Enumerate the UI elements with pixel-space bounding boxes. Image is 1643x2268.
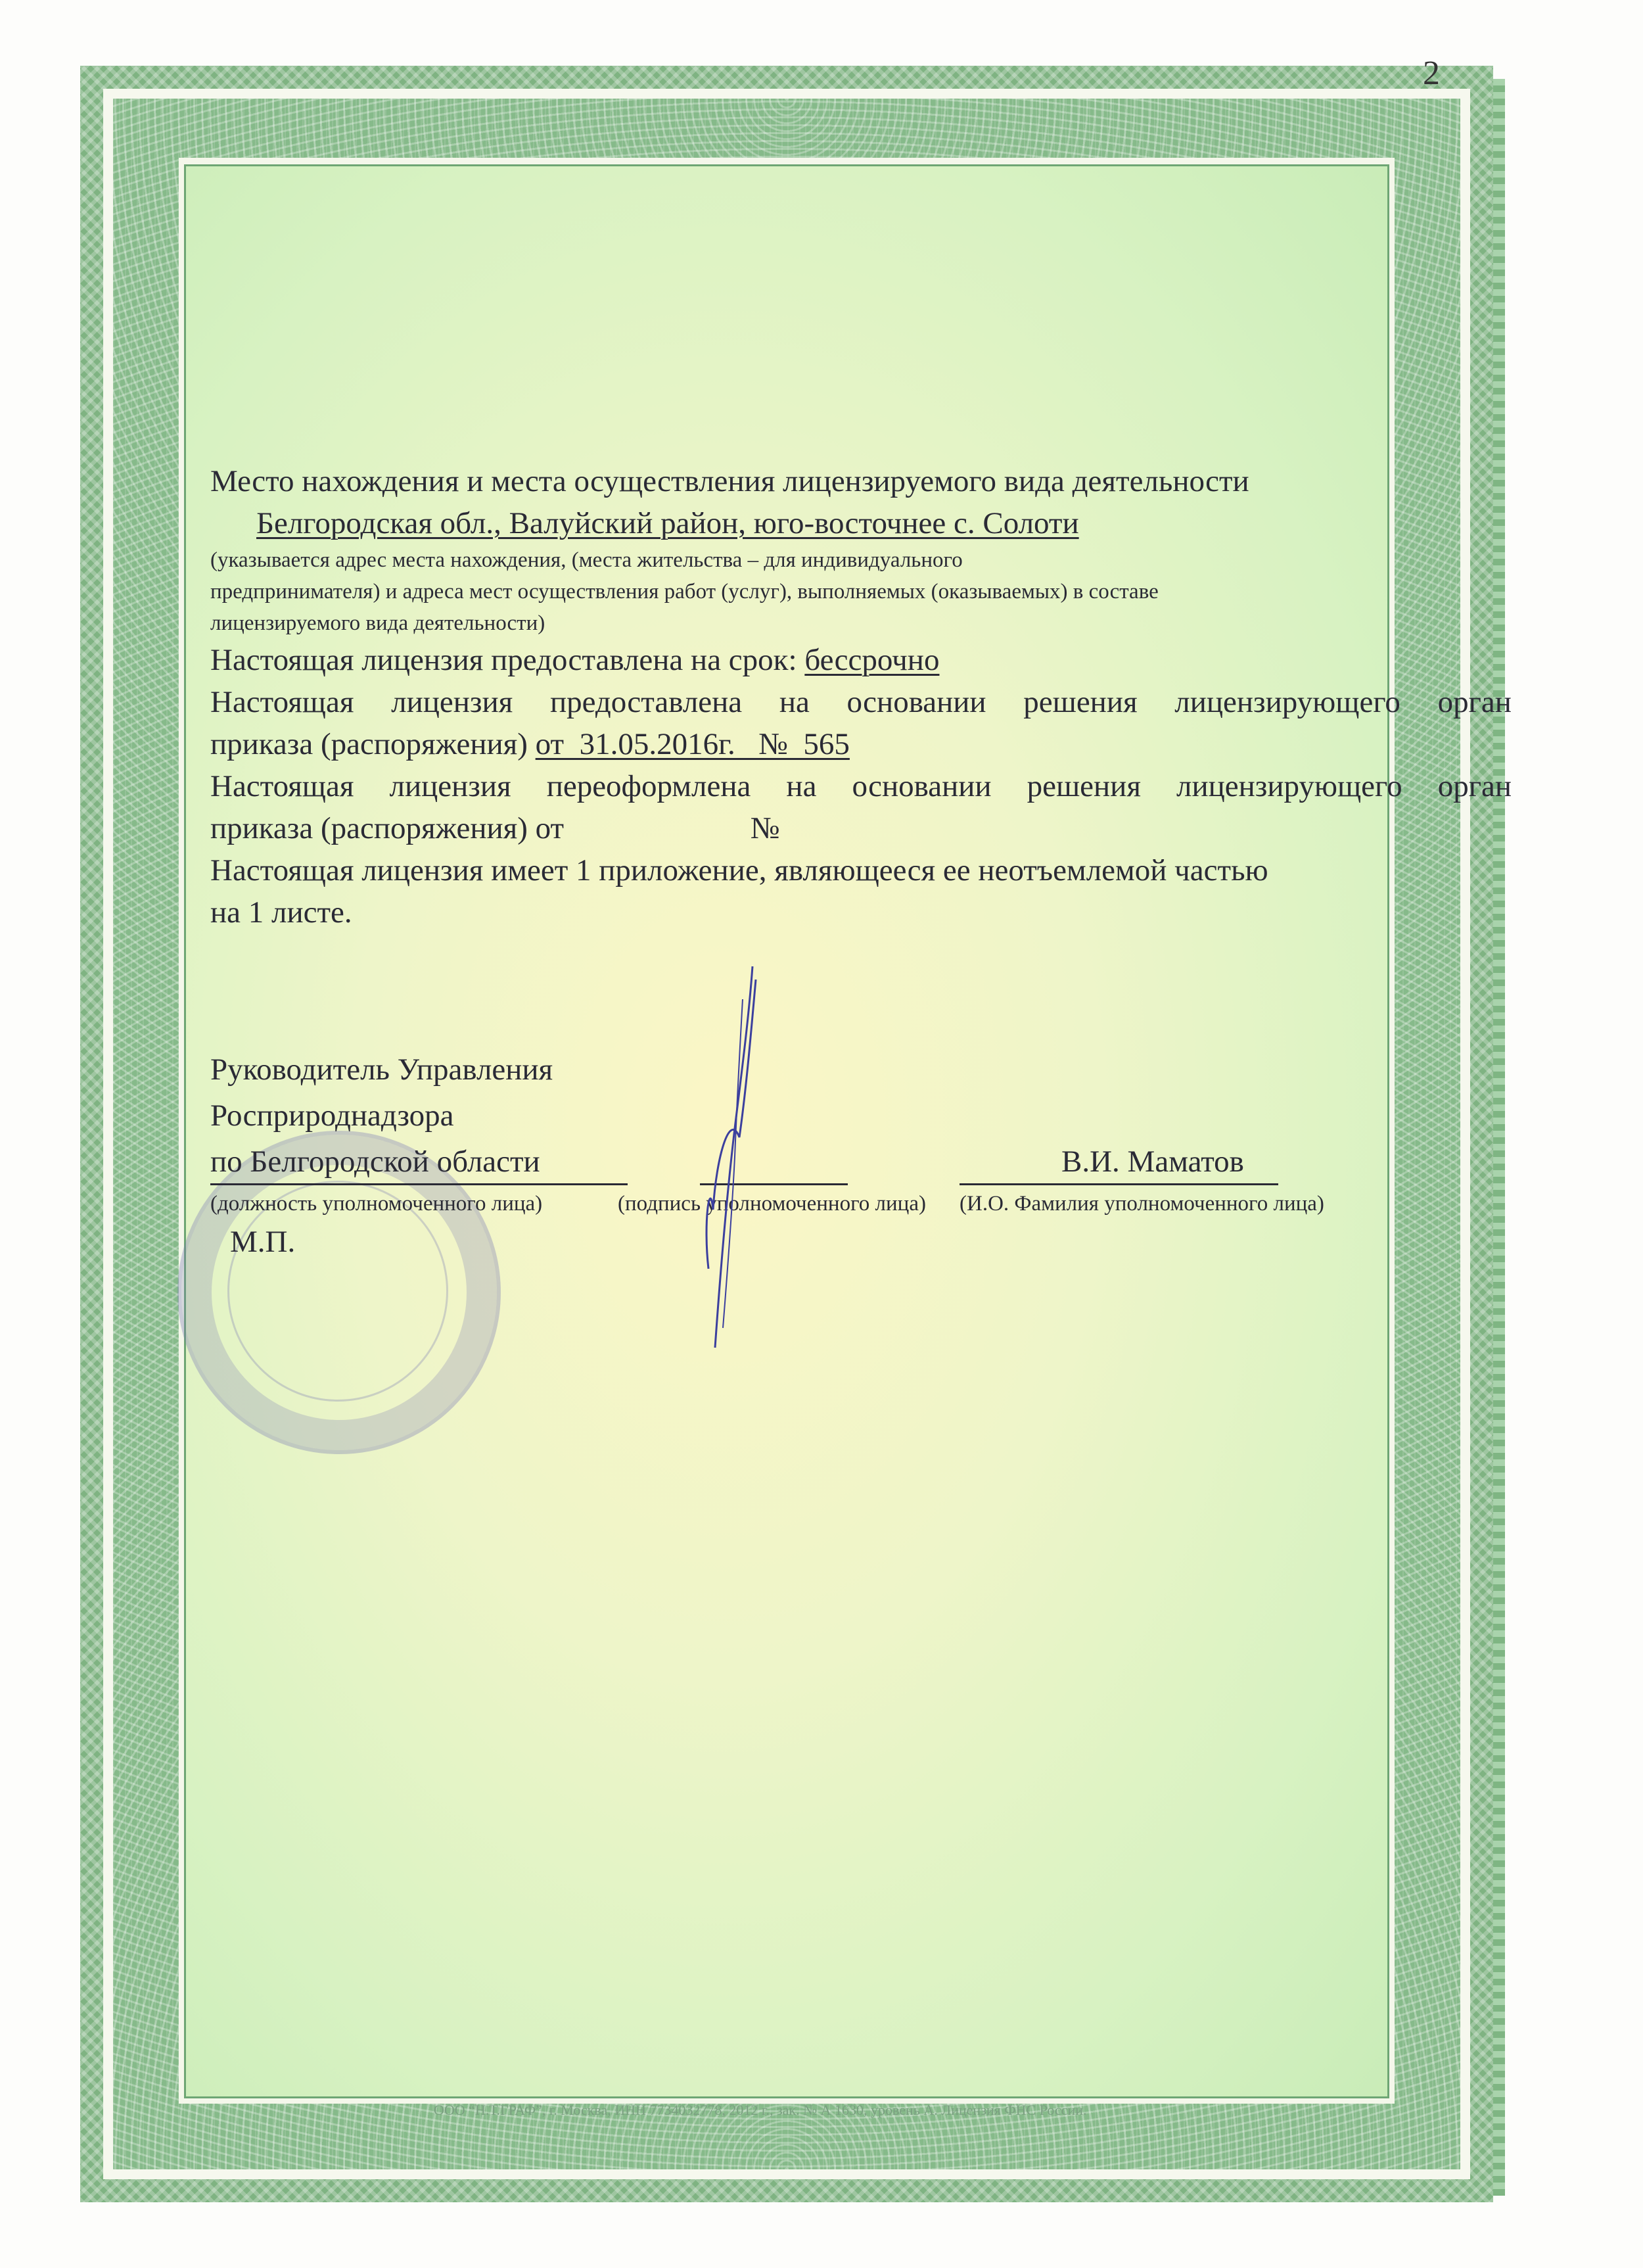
word: на (786, 765, 816, 807)
handwritten-signature (677, 960, 782, 1354)
location-note-1: (указывается адрес места нахождения, (ме… (210, 544, 1512, 576)
word: Настоящая (210, 765, 354, 807)
appendix-line-1: Настоящая лицензия имеет 1 приложение, я… (210, 849, 1512, 891)
granted-line: Настоящая лицензия предоставлена на осно… (210, 681, 1512, 723)
word: решения (1023, 681, 1137, 723)
word: решения (1027, 765, 1141, 807)
position-line-2: Росприроднадзора (210, 1095, 454, 1137)
word: лицензия (390, 765, 511, 807)
word: переоформлена (547, 765, 751, 807)
term-label: Настоящая лицензия предоставлена на срок… (210, 643, 797, 677)
word: основании (847, 681, 986, 723)
reissued-order-line: приказа (распоряжения) от № (210, 807, 1512, 849)
location-heading: Место нахождения и места осуществления л… (210, 460, 1512, 502)
caption-name: (И.О. Фамилия уполномоченного лица) (960, 1192, 1324, 1216)
name-underline (960, 1183, 1278, 1185)
reissued-order-label: приказа (распоряжения) от (210, 811, 564, 845)
location-note-3: лицензируемого вида деятельности) (210, 607, 1512, 639)
reissued-number-label: № (751, 811, 780, 845)
granted-order-value: от 31.05.2016г. № 565 (536, 727, 850, 761)
word: лицензия (391, 681, 513, 723)
word: орган (1438, 681, 1512, 723)
page-number: 2 (1423, 54, 1440, 93)
caption-position: (должность уполномоченного лица) (210, 1192, 542, 1216)
position-underline (210, 1183, 628, 1185)
term-line: Настоящая лицензия предоставлена на срок… (210, 639, 1512, 681)
location-value: Белгородская обл., Валуйский район, юго-… (256, 506, 1079, 540)
granted-order-line: приказа (распоряжения) от 31.05.2016г. №… (210, 723, 1512, 765)
word: лицензирующего (1176, 765, 1402, 807)
location-note-2: предпринимателя) и адреса мест осуществл… (210, 576, 1512, 607)
granted-order-label: приказа (распоряжения) (210, 727, 528, 761)
word: основании (852, 765, 991, 807)
signatory-name: В.И. Маматов (1061, 1141, 1244, 1183)
word: Настоящая (210, 681, 354, 723)
term-value: бессрочно (804, 643, 939, 677)
appendix-line-2: на 1 листе. (210, 891, 1512, 933)
word: предоставлена (550, 681, 742, 723)
word: орган (1438, 765, 1512, 807)
word: на (779, 681, 810, 723)
word: лицензирующего (1174, 681, 1400, 723)
license-body: Место нахождения и места осуществления л… (210, 460, 1512, 933)
position-line-3: по Белгородской области (210, 1141, 540, 1183)
position-line-1: Руководитель Управления (210, 1049, 553, 1091)
reissued-line: Настоящая лицензия переоформлена на осно… (210, 765, 1512, 807)
seal-mark: М.П. (230, 1221, 295, 1263)
printer-imprint: ООО “Н.Т.ГРАФ”, г. Москва, ИНН 773403277… (434, 2102, 1087, 2119)
